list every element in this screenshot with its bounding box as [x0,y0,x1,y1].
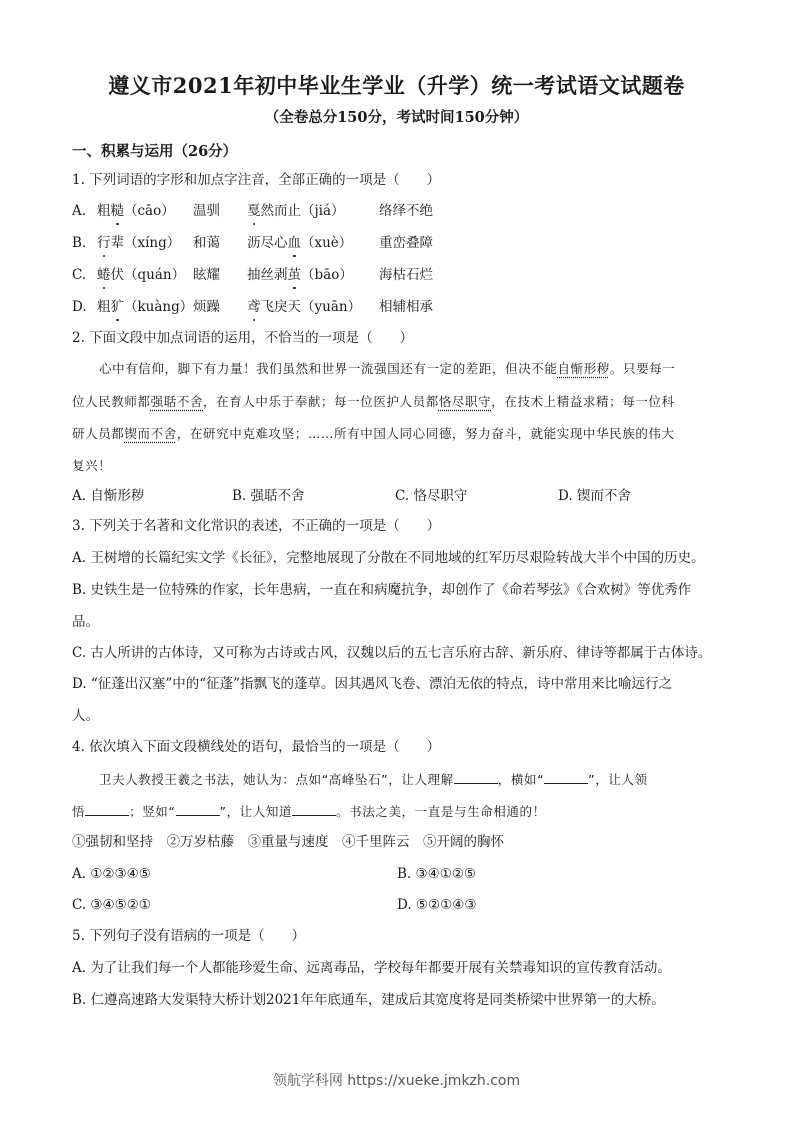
q4-stem: 4. 依次填入下面文段横线处的语句，最恰当的一项是（ ） [72,737,440,757]
fill-blank [85,801,129,816]
q4-passage-line: 悟；竖如“”，让人知道。书法之美，一直是与生命相通的！ [72,801,546,822]
q2-stem: 2. 下面文段中加点词语的运用，不恰当的一项是（ ） [72,328,413,348]
q3-option-b: B. 史铁生是一位特殊的作家，长年患病，一直在和病魔抗争，却创作了《命若琴弦》《… [72,580,691,600]
q1-option-d: D.粗犷（kuàng）烦躁鸢飞戾天（yuān）相辅相承 [72,297,433,317]
q4-passage-line: 卫夫人教授王羲之书法，她认为：点如“高峰坠石”，让人理解，横如“”，让人领 [72,769,648,790]
page-subtitle: （全卷总分150分，考试时间150分钟） [0,106,793,127]
q1-stem: 1. 下列词语的字形和加点字注音，全部正确的一项是（ ） [72,170,440,190]
q3-option-d: D. “征蓬出汉塞”中的“征蓬”指飘飞的蓬草。因其遇风飞卷、漂泊无依的特点，诗中… [72,674,672,694]
fill-blank [544,769,588,784]
q3-option-b-cont: 品。 [72,612,99,632]
q1-option-c: C.蜷伏（quán）眩耀抽丝剥茧（bāo）海枯石烂 [72,265,433,285]
q3-option-c: C. 古人所讲的古体诗，又可称为古诗或古风，汉魏以后的五七言乐府古辞、新乐府、律… [72,643,711,663]
dotted-term: 自惭形秽 [558,361,610,376]
section-heading: 一、积累与运用（26分） [72,140,237,161]
q1-option-a: A.粗糙（cāo）温驯戛然而止（jiá）络绎不绝 [72,201,433,221]
fill-blank [454,769,498,784]
footer-watermark: 领航学科网 https://xueke.jmkzh.com [0,1070,793,1090]
q3-option-d-cont: 人。 [72,706,99,726]
q2-passage-line: 心中有信仰，脚下有力量！我们虽然和世界一流强国还有一定的差距，但决不能自惭形秽。… [72,359,675,379]
q2-options: A. 自惭形秽B. 强聒不舍C. 恪尽职守D. 锲而不舍 [72,486,631,506]
q5-option-b: B. 仁遵高速路大发渠特大桥计划2021年年底通车，建成后其宽度将是同类桥梁中世… [72,990,665,1010]
q2-passage-line: 研人员都锲而不舍，在研究中克难攻坚；……所有中国人同心同德，努力奋斗，就能实现中… [72,424,675,444]
q2-passage-line: 复兴！ [72,456,111,476]
q3-stem: 3. 下列关于名著和文化常识的表述，不正确的一项是（ ） [72,516,440,536]
page-title: 遵义市2021年初中毕业生学业（升学）统一考试语文试题卷 [0,70,793,100]
q4-options-row1: A. ①②③④⑤B. ③④①②⑤ [72,864,476,884]
q4-options-row2: C. ③④⑤②①D. ⑤②①④③ [72,895,476,915]
q5-option-a: A. 为了让我们每一个人都能珍爱生命、远离毒品，学校每年都要开展有关禁毒知识的宣… [72,958,671,978]
exam-page: 遵义市2021年初中毕业生学业（升学）统一考试语文试题卷 （全卷总分150分，考… [0,0,793,1122]
q1-option-b: B.行辈（xíng）和蔼沥尽心血（xuè）重峦叠障 [72,233,433,253]
q4-choices: ①强韧和坚持 ②万岁枯藤 ③重量与速度 ④千里阵云 ⑤开阔的胸怀 [72,832,504,852]
fill-blank [176,801,220,816]
q2-passage-line: 位人民教师都强聒不舍，在育人中乐于奉献；每一位医护人员都恪尽职守，在技术上精益求… [72,392,675,412]
q3-option-a: A. 王树增的长篇纪实文学《长征》，完整地展现了分散在不同地域的红军历尽艰险转战… [72,548,705,568]
fill-blank [292,801,336,816]
q5-stem: 5. 下列句子没有语病的一项是（ ） [72,926,305,946]
